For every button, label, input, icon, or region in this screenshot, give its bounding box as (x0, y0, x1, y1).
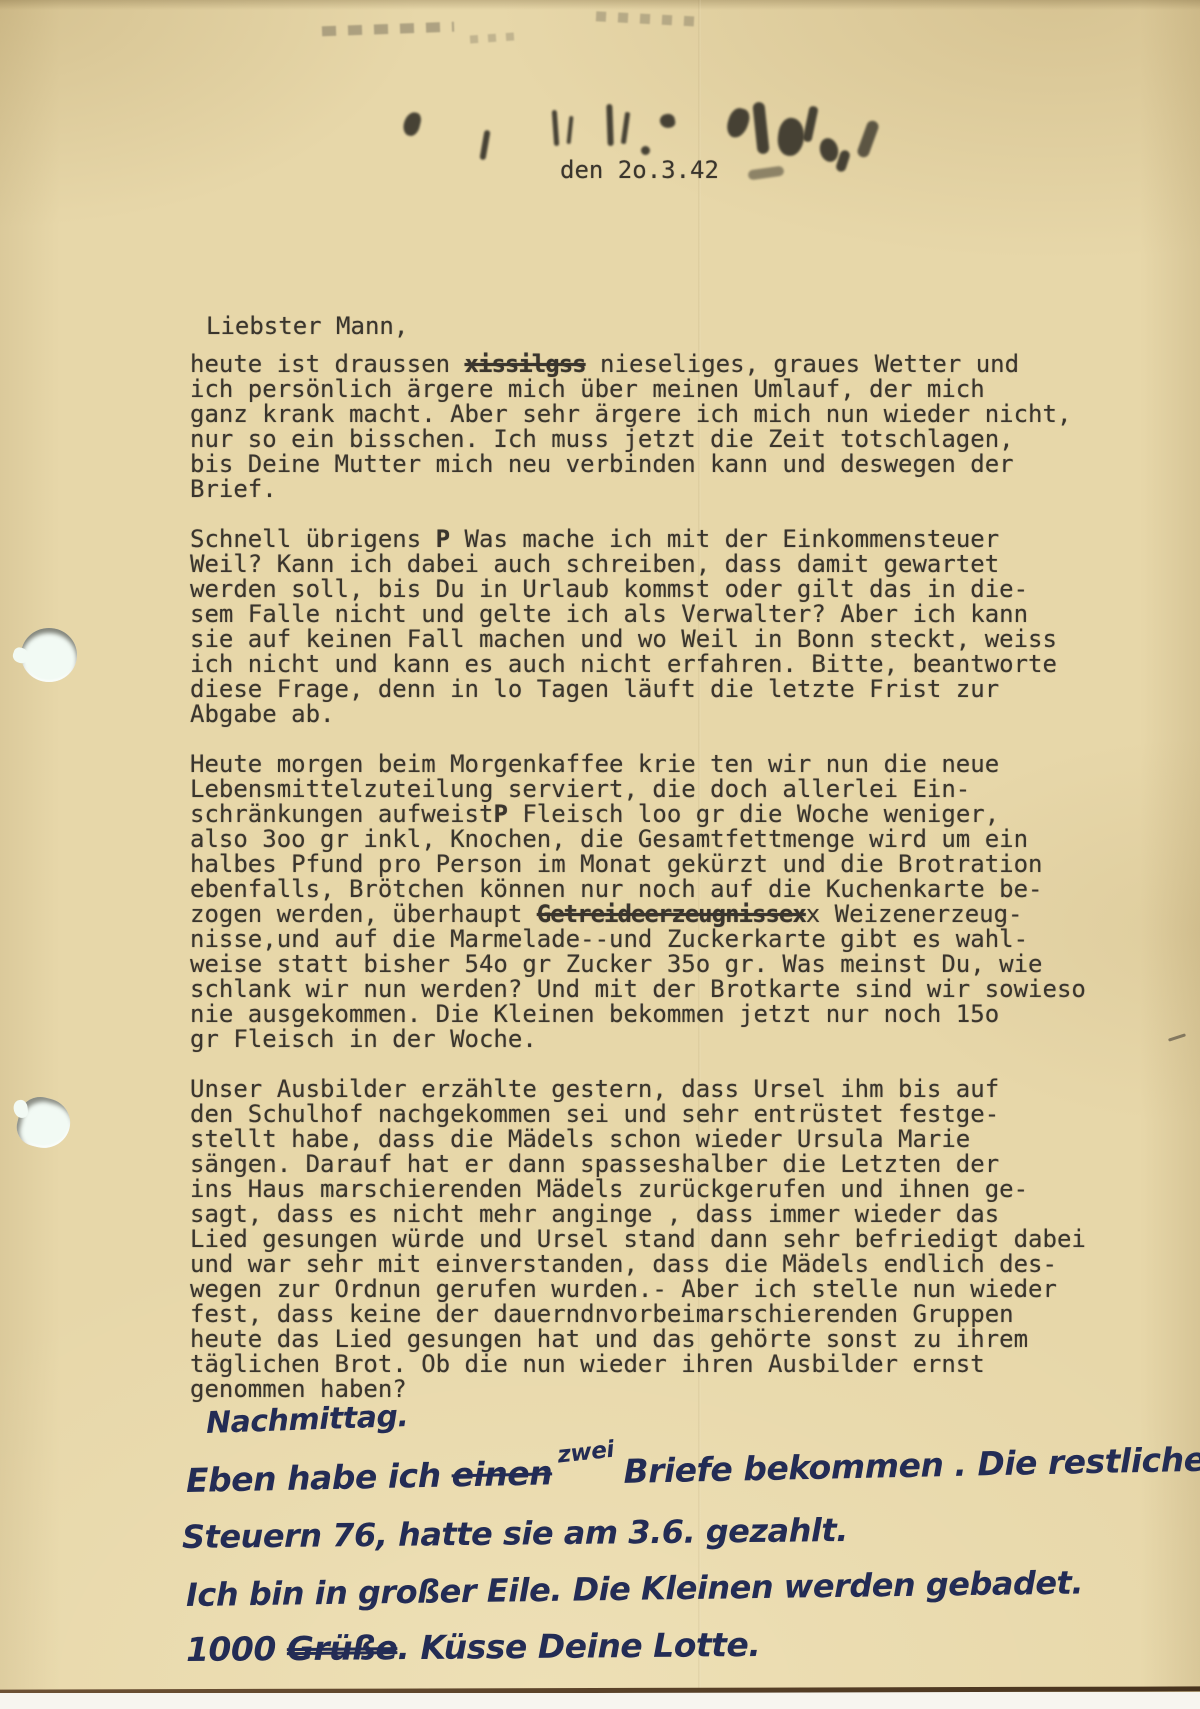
ink-smudge (775, 116, 806, 157)
ink-smudge (752, 102, 769, 155)
handwritten-line: Eben habe ich einenzwei Briefe bekommen … (186, 1440, 1199, 1500)
ink-smudge (401, 110, 422, 137)
text-run: P (436, 525, 450, 553)
struck-word: Grüße (287, 1628, 398, 1668)
letter-page: den 2o.3.42 Liebster Mann, heute ist dra… (0, 0, 1200, 1692)
text-run: 1000 (186, 1629, 287, 1669)
text-run: Was mache ich mit der Einkommensteuer We… (190, 525, 1057, 728)
letter-paragraph: heute ist draussen xissilgss nieseliges,… (190, 352, 1090, 502)
text-run: Nachmittag. (205, 1399, 408, 1441)
pencil-smudge (322, 22, 454, 37)
pencil-mark (1168, 1033, 1186, 1041)
letter-date: den 2o.3.42 (560, 156, 719, 184)
punch-hole (13, 1092, 76, 1153)
ink-smudge (479, 130, 490, 161)
pencil-smudge (596, 11, 700, 26)
handwritten-line: Ich bin in großer Eile. Die Kleinen werd… (186, 1562, 1198, 1614)
ink-smudge (802, 105, 818, 142)
inserted-word: zwei (556, 1437, 615, 1469)
struck-word: xissilgss (465, 350, 586, 378)
letter-body: heute ist draussen xissilgss nieseliges,… (190, 352, 1090, 1427)
ink-smudge (621, 112, 630, 144)
pencil-smudge (470, 32, 514, 43)
text-run: Unser Ausbilder erzählte gestern, dass U… (190, 1075, 1086, 1403)
struck-word: Getreideerzeugnissex (537, 900, 806, 928)
handwritten-postscript: Nachmittag.Eben habe ich einenzwei Brief… (186, 1406, 1198, 1669)
ink-smudge (856, 119, 880, 159)
ink-smudge (747, 166, 784, 181)
handwritten-line: 1000 Grüße. Küsse Deine Lotte. (186, 1621, 1198, 1669)
text-run: Steuern 76, hatte sie am 3.6. gezahlt. (182, 1511, 848, 1556)
letter-paragraph: Heute morgen beim Morgenkaffee krie ten … (190, 752, 1090, 1052)
text-run: . Küsse Deine Lotte. (397, 1625, 760, 1667)
text-run: Ich bin in großer Eile. Die Kleinen werd… (186, 1563, 1084, 1614)
text-run: heute ist draussen (190, 350, 465, 378)
ink-smudge (724, 106, 751, 140)
ink-smudge (659, 113, 676, 129)
text-run: Eben habe ich (186, 1455, 452, 1500)
ink-smudge (567, 116, 574, 144)
text-run: Briefe bekommen . Die restlichen (612, 1439, 1200, 1491)
letter-paragraph: Unser Ausbilder erzählte gestern, dass U… (190, 1077, 1090, 1402)
scan-background (0, 1693, 1200, 1709)
ink-smudge (641, 146, 650, 155)
letter-salutation: Liebster Mann, (206, 312, 408, 340)
ink-smudge (552, 110, 559, 146)
struck-word: einen (451, 1453, 552, 1494)
letter-paragraph: Schnell übrigens P Was mache ich mit der… (190, 527, 1090, 727)
text-run: P (493, 800, 507, 828)
text-run: Schnell übrigens (190, 525, 436, 553)
punch-hole (21, 628, 77, 682)
ink-smudge (606, 104, 613, 146)
handwritten-line: Steuern 76, hatte sie am 3.6. gezahlt. (182, 1507, 1198, 1556)
